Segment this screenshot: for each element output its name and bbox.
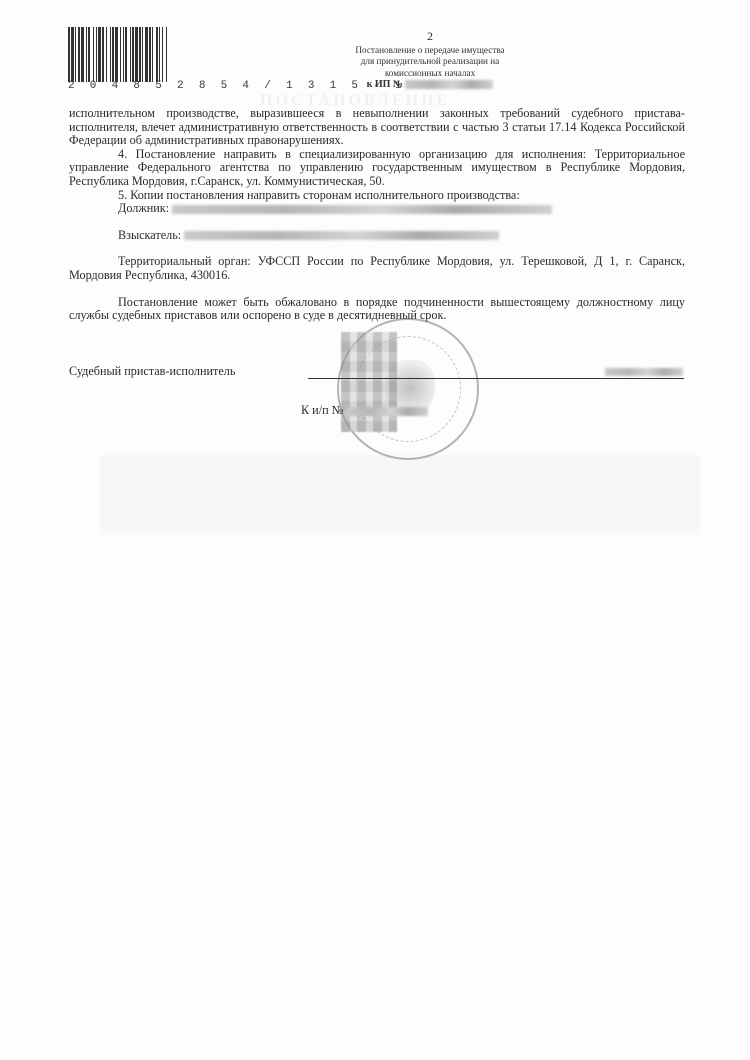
creditor-line: Взыскатель: [69,229,685,243]
redacted-ip-number [405,80,493,89]
ip-number-line: к ИП № [345,79,515,91]
ip-label: к ИП № [367,79,403,90]
item-4: 4. Постановление направить в специализир… [69,148,685,189]
redacted-creditor [184,231,499,240]
bailiff-role-label: Судебный пристав-исполнитель [69,364,235,379]
bleed-through-text [100,455,700,535]
kip-line: К и/п № [301,403,428,418]
doc-title-line-3: комиссионных началах [345,68,515,80]
debtor-label: Должник: [118,201,169,215]
item-5: 5. Копии постановления направить сторона… [69,189,685,203]
document-header: 2 Постановление о передаче имущества для… [345,31,515,91]
paragraph-continuation: исполнительном производстве, выразившеес… [69,107,685,148]
territorial-body: Территориальный орган: УФССП России по Р… [69,255,685,282]
doc-title-line-2: для принудительной реализации на [345,56,515,68]
redacted-kip-number [346,407,428,416]
creditor-label: Взыскатель: [118,228,181,242]
document-page: 2 0 4 8 5 2 8 5 4 / 1 3 1 5 - 1 2 Постан… [0,0,750,1060]
signature-line [308,378,684,379]
barcode [68,27,254,82]
appeal-notice: Постановление может быть обжаловано в по… [69,296,685,323]
kip-label: К и/п № [301,403,343,417]
debtor-line: Должник: [69,202,685,216]
official-stamp [337,318,479,460]
redacted-debtor [172,205,552,214]
redacted-bailiff-name [605,368,683,376]
page-number: 2 [345,31,515,43]
document-body: исполнительном производстве, выразившеес… [69,107,685,323]
doc-title-line-1: Постановление о передаче имущества [345,45,515,57]
